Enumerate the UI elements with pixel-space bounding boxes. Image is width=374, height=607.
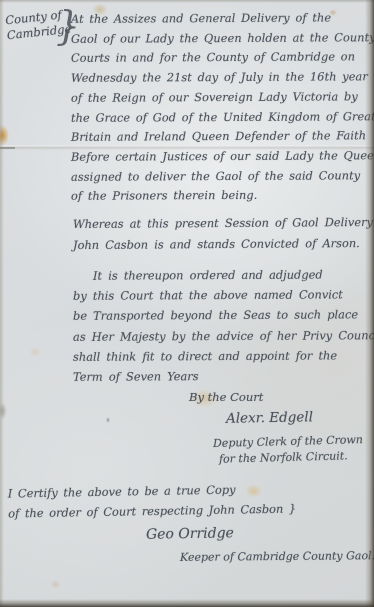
opening-paragraph: At the Assizes and General Delivery of t… [71, 9, 374, 206]
body-line: as Her Majesty by the advice of her Priv… [73, 325, 374, 347]
body-line: Whereas at this present Session of Gaol … [73, 212, 373, 235]
body-line: Before certain Justices of our said Lady… [71, 146, 374, 167]
certification-line: of the order of Court respecting John Ca… [8, 498, 296, 523]
page-edge-left [0, 0, 4, 607]
body-line: Wednesday the 21st day of July in the 16… [71, 67, 374, 88]
body-line: It is thereupon ordered and adjudged [73, 264, 374, 286]
body-line: by this Court that the above named Convi… [73, 284, 374, 306]
stain [50, 580, 61, 589]
body-line: John Casbon is and stands Convicted of A… [73, 233, 373, 256]
clerk-role-line: for the Norfolk Circuit. [219, 449, 348, 465]
body-line: assigned to deliver the Gaol of the said… [71, 166, 374, 187]
certification-note: I Certify the above to be a true Copy of… [8, 478, 297, 523]
body-line: Courts in and for the County of Cambridg… [71, 48, 374, 69]
body-line: shall think fit to direct and appoint fo… [73, 345, 374, 367]
body-line: Britain and Ireland Queen Defender of th… [71, 126, 374, 147]
body-line: of the Prisoners therein being. [71, 186, 374, 207]
page-edge-bottom [0, 599, 374, 607]
body-line: of the Reign of our Sovereign Lady Victo… [71, 87, 374, 108]
body-line: be Transported beyond the Seas to such p… [73, 305, 374, 327]
stain [29, 347, 42, 357]
keeper-title: Keeper of Cambridge County Gaol. [180, 549, 374, 564]
document-page: County of Cambridge } At the Assizes and… [0, 0, 374, 607]
body-line: Gaol of our Lady the Queen holden at the… [71, 28, 374, 49]
stain [106, 417, 110, 423]
attestation-by-the-court: By the Court [189, 390, 263, 404]
body-line: At the Assizes and General Delivery of t… [71, 8, 374, 29]
page-edge-right [365, 0, 374, 607]
order-paragraph: It is thereupon ordered and adjudged by … [73, 265, 374, 386]
clerk-role-line: Deputy Clerk of the Crown [213, 433, 363, 450]
keeper-signature: Geo Orridge [146, 525, 234, 543]
page-edge-top [0, 0, 374, 3]
body-line: Term of Seven Years [73, 365, 374, 387]
body-line: the Grace of God of the United Kingdom o… [71, 107, 374, 128]
clerk-signature: Alexr. Edgell [226, 409, 313, 427]
whereas-paragraph: Whereas at this present Session of Gaol … [73, 213, 373, 255]
